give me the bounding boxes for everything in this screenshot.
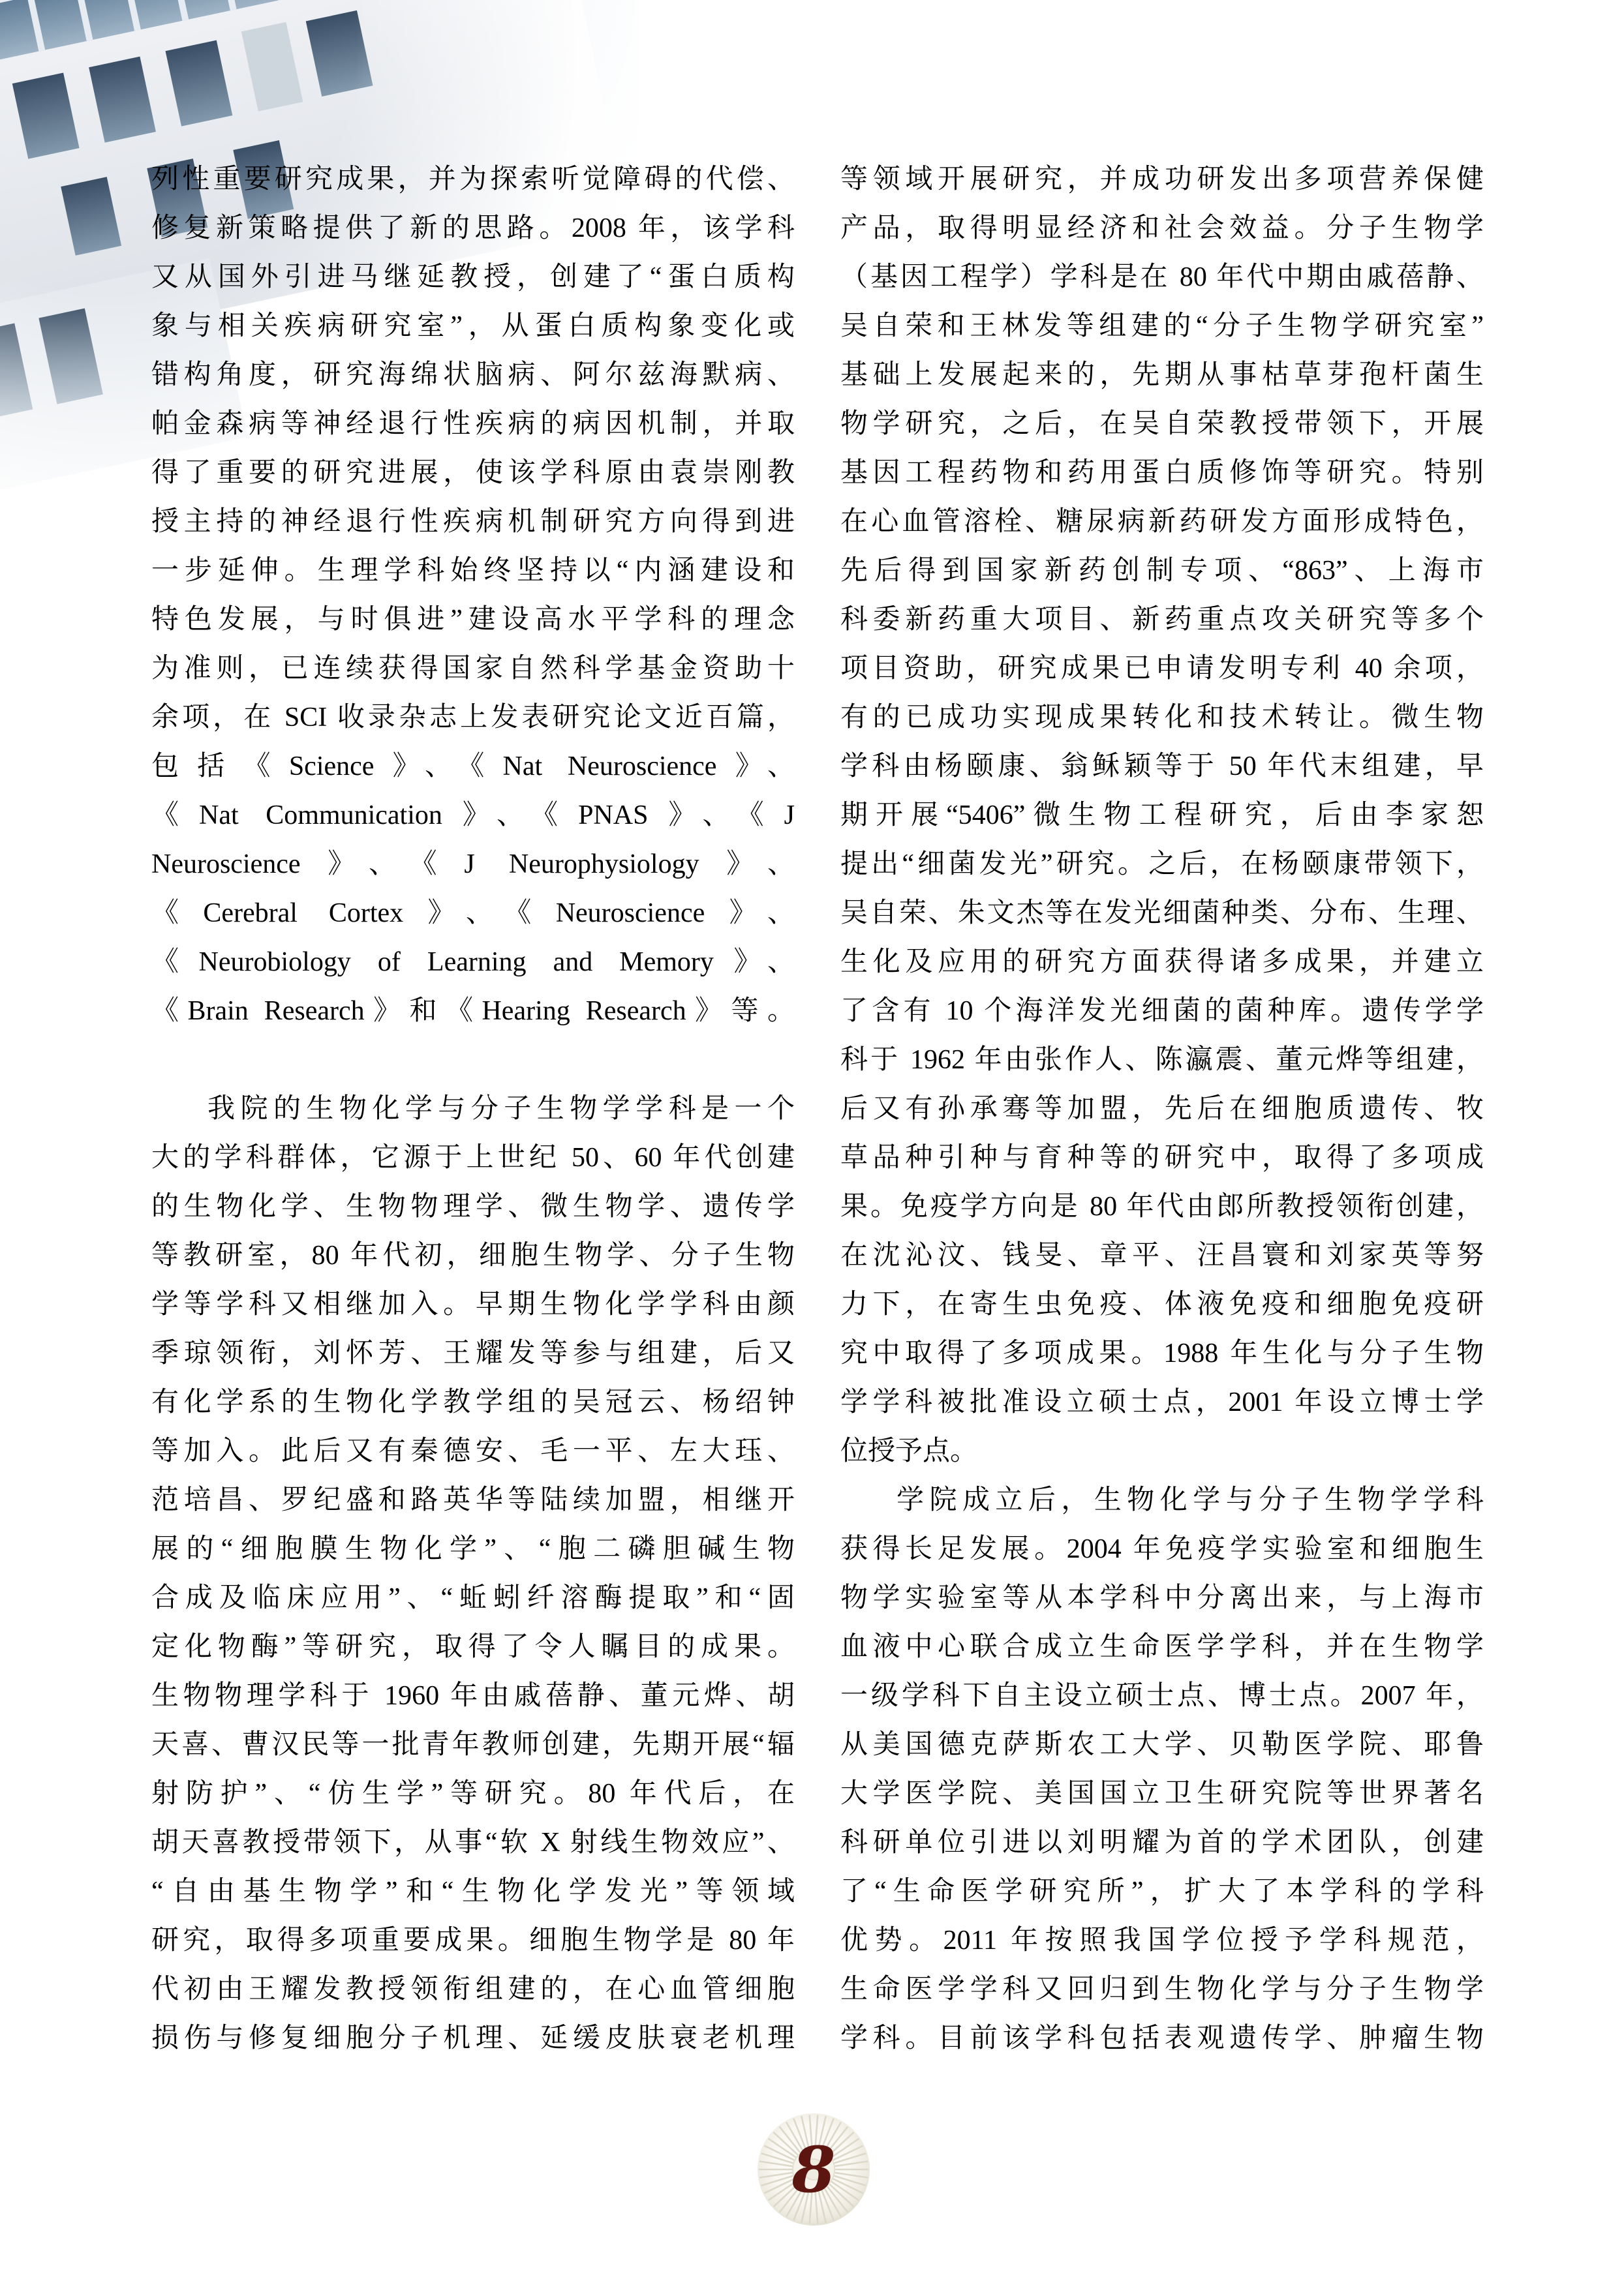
text-line: 科于 1962 年由张作人、陈瀛震、董元烨等组建， <box>840 1036 1484 1085</box>
text-line: 生化及应用的研究方面获得诸多成果，并建立 <box>840 938 1484 987</box>
text-line: 帕金森病等神经退行性疾病的病因机制，并取 <box>151 400 795 449</box>
text-line: 科研单位引进以刘明耀为首的学术团队，创建 <box>840 1819 1484 1867</box>
text-line: Neuroscience》、《J Neurophysiology》、 <box>151 840 795 889</box>
text-line: 提出“细菌发光”研究。之后，在杨颐康带领下， <box>840 840 1484 889</box>
text-line: 期开展“5406”微生物工程研究，后由李家恕 <box>840 791 1484 840</box>
text-line: 基础上发展起来的，先期从事枯草芽孢杆菌生 <box>840 351 1484 400</box>
text-line: 一级学科下自主设立硕士点、博士点。2007 年， <box>840 1672 1484 1721</box>
text-line: 获得长足发展。2004 年免疫学实验室和细胞生 <box>840 1525 1484 1574</box>
text-line: 损伤与修复细胞分子机理、延缓皮肤衰老机理 <box>151 2014 795 2063</box>
text-line: 项目资助，研究成果已申请发明专利 40 余项， <box>840 644 1484 693</box>
text-line: 大的学科群体，它源于上世纪 50、60 年代创建 <box>151 1134 795 1183</box>
text-line: 优势。2011 年按照我国学位授予学科规范， <box>840 1916 1484 1965</box>
text-line: 错构角度，研究海绵状脑病、阿尔兹海默病、 <box>151 351 795 400</box>
text-line: 草品种引种与育种等的研究中，取得了多项成 <box>840 1134 1484 1183</box>
text-line: 《Nat Communication》、《PNAS》、《J <box>151 791 795 840</box>
text-line: 等加入。此后又有秦德安、毛一平、左大珏、 <box>151 1427 795 1476</box>
text-line: 得了重要的研究进展，使该学科原由袁崇刚教 <box>151 449 795 498</box>
text-line: 在心血管溶栓、糖尿病新药研发方面形成特色， <box>840 498 1484 547</box>
text-line: “自由基生物学”和“生物化学发光”等领域 <box>151 1867 795 1916</box>
text-line: 了含有 10 个海洋发光细菌的菌种库。遗传学学 <box>840 987 1484 1036</box>
page-number: 8 <box>752 2121 876 2219</box>
text-line: 学院成立后，生物化学与分子生物学学科 <box>840 1476 1484 1525</box>
text-line: 物学研究，之后，在吴自荣教授带领下，开展 <box>840 400 1484 449</box>
text-line: 天喜、曹汉民等一批青年教师创建，先期开展“辐 <box>151 1721 795 1770</box>
text-line: 了“生命医学研究所”，扩大了本学科的学科 <box>840 1867 1484 1916</box>
text-line: 我院的生物化学与分子生物学学科是一个 <box>151 1085 795 1134</box>
text-line: 余项，在 SCI 收录杂志上发表研究论文近百篇， <box>151 693 795 742</box>
text-line: 又从国外引进马继延教授，创建了“蛋白质构 <box>151 253 795 302</box>
text-line: 特色发展，与时俱进”建设高水平学科的理念 <box>151 596 795 644</box>
text-line: 授主持的神经退行性疾病机制研究方向得到进 <box>151 498 795 547</box>
text-line: 吴自荣、朱文杰等在发光细菌种类、分布、生理、 <box>840 889 1484 938</box>
text-line: 学科由杨颐康、翁稣颖等于 50 年代末组建，早 <box>840 742 1484 791</box>
text-line: 大学医学院、美国国立卫生研究院等世界著名 <box>840 1770 1484 1819</box>
text-line: 研究，取得多项重要成果。细胞生物学是 80 年 <box>151 1916 795 1965</box>
text-line: 代初由王耀发教授领衔组建的，在心血管细胞 <box>151 1965 795 2014</box>
text-line: 列性重要研究成果，并为探索听觉障碍的代偿、 <box>151 155 795 204</box>
text-line: 修复新策略提供了新的思路。2008 年，该学科 <box>151 204 795 253</box>
text-line: 生命医学学科又回归到生物化学与分子生物学 <box>840 1965 1484 2014</box>
text-line: 等领域开展研究，并成功研发出多项营养保健 <box>840 155 1484 204</box>
text-line: 包括《Science》、《Nat Neuroscience》、 <box>151 742 795 791</box>
text-line: 为准则，已连续获得国家自然科学基金资助十 <box>151 644 795 693</box>
text-line: 《Brain Research》和《Hearing Research》等。 <box>151 987 795 1036</box>
text-line: 胡天喜教授带领下，从事“软 X 射线生物效应”、 <box>151 1819 795 1867</box>
text-line: 学学科被批准设立硕士点，2001 年设立博士学 <box>840 1378 1484 1427</box>
text-line: 血液中心联合成立生命医学学科，并在生物学 <box>840 1623 1484 1672</box>
text-line: 一步延伸。生理学科始终坚持以“内涵建设和 <box>151 547 795 596</box>
text-line: 的生物化学、生物物理学、微生物学、遗传学 <box>151 1183 795 1231</box>
text-line: 合成及临床应用”、“蚯蚓纤溶酶提取”和“固 <box>151 1574 795 1623</box>
text-line: 从美国德克萨斯农工大学、贝勒医学院、耶鲁 <box>840 1721 1484 1770</box>
text-line: 等教研室，80 年代初，细胞生物学、分子生物 <box>151 1231 795 1280</box>
text-line: 科委新药重大项目、新药重点攻关研究等多个 <box>840 596 1484 644</box>
text-line <box>151 1036 795 1085</box>
text-line: 定化物酶”等研究，取得了令人瞩目的成果。 <box>151 1623 795 1672</box>
text-line: 力下，在寄生虫免疫、体液免疫和细胞免疫研 <box>840 1280 1484 1329</box>
text-line: 后又有孙承骞等加盟，先后在细胞质遗传、牧 <box>840 1085 1484 1134</box>
text-line: 学科。目前该学科包括表观遗传学、肿瘤生物 <box>840 2014 1484 2063</box>
text-line: 果。免疫学方向是 80 年代由郎所教授领衔创建， <box>840 1183 1484 1231</box>
text-line: 季琼领衔，刘怀芳、王耀发等参与组建，后又 <box>151 1329 795 1378</box>
text-line: 先后得到国家新药创制专项、“863”、上海市 <box>840 547 1484 596</box>
text-line: 《Cerebral Cortex》、《Neuroscience》、 <box>151 889 795 938</box>
text-line: 学等学科又相继加入。早期生物化学学科由颜 <box>151 1280 795 1329</box>
text-line: 产品，取得明显经济和社会效益。分子生物学 <box>840 204 1484 253</box>
text-line: 位授予点。 <box>840 1427 1484 1476</box>
text-line: 射防护”、“仿生学”等研究。80 年代后，在 <box>151 1770 795 1819</box>
text-line: 展的“细胞膜生物化学”、“胞二磷胆碱生物 <box>151 1525 795 1574</box>
text-line: 有化学系的生物化学教学组的吴冠云、杨绍钟 <box>151 1378 795 1427</box>
text-column-left: 列性重要研究成果，并为探索听觉障碍的代偿、修复新策略提供了新的思路。2008 年… <box>151 155 795 2063</box>
text-line: 《Neurobiology of Learning and Memory》、 <box>151 938 795 987</box>
text-line: （基因工程学）学科是在 80 年代中期由戚蓓静、 <box>840 253 1484 302</box>
text-line: 吴自荣和王林发等组建的“分子生物学研究室” <box>840 302 1484 351</box>
text-line: 物学实验室等从本学科中分离出来，与上海市 <box>840 1574 1484 1623</box>
text-line: 范培昌、罗纪盛和路英华等陆续加盟，相继开 <box>151 1476 795 1525</box>
text-line: 生物物理学科于 1960 年由戚蓓静、董元烨、胡 <box>151 1672 795 1721</box>
text-column-right: 等领域开展研究，并成功研发出多项营养保健产品，取得明显经济和社会效益。分子生物学… <box>840 155 1484 2063</box>
text-line: 象与相关疾病研究室”，从蛋白质构象变化或 <box>151 302 795 351</box>
text-line: 究中取得了多项成果。1988 年生化与分子生物 <box>840 1329 1484 1378</box>
text-line: 有的已成功实现成果转化和技术转让。微生物 <box>840 693 1484 742</box>
text-line: 在沈沁汶、钱旻、章平、汪昌寰和刘家英等努 <box>840 1231 1484 1280</box>
text-line: 基因工程药物和药用蛋白质修饰等研究。特别 <box>840 449 1484 498</box>
